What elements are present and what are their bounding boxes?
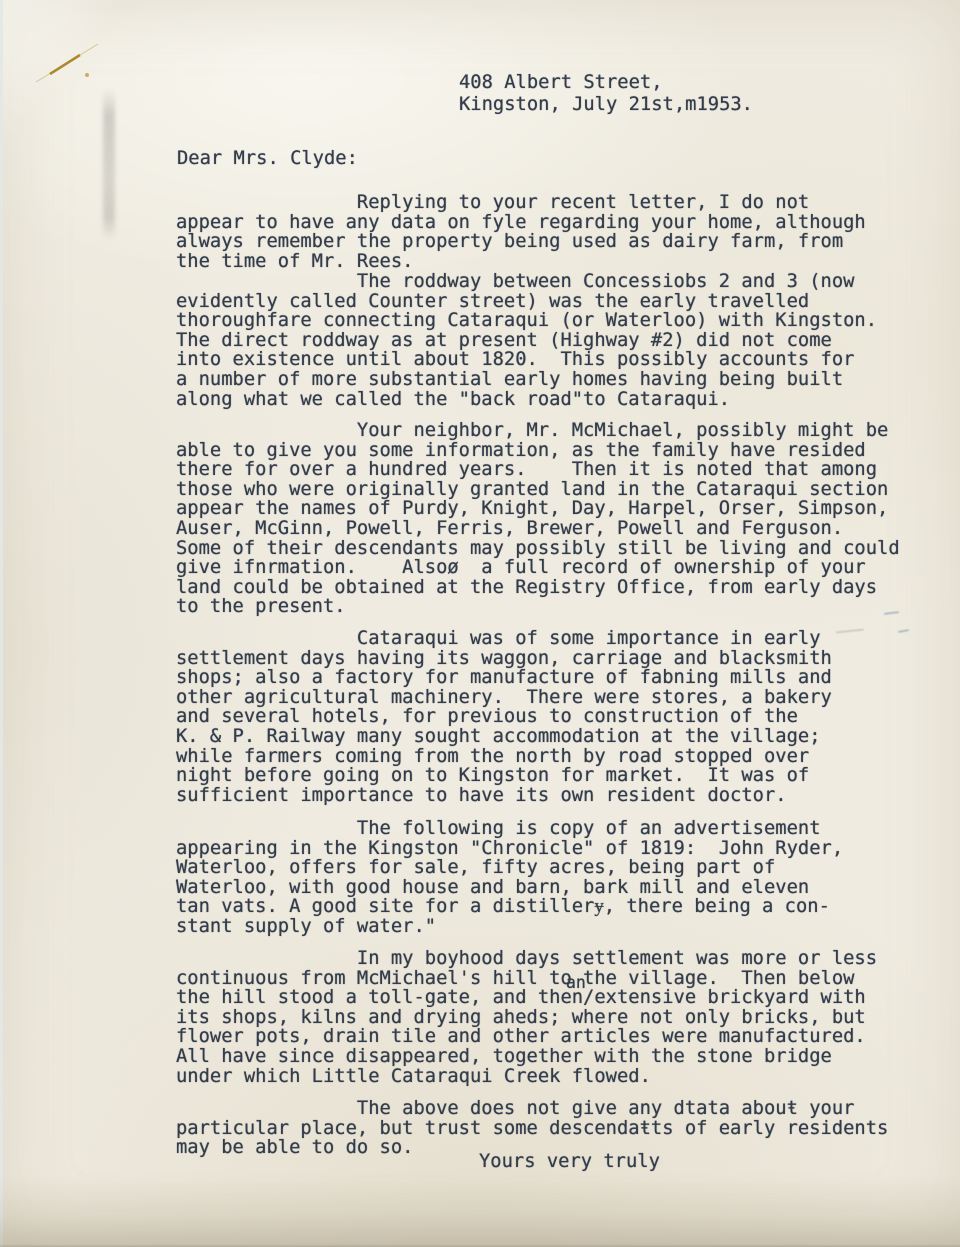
interline-insertion: an <box>566 975 586 991</box>
rust-stain <box>34 38 104 88</box>
paragraph-3: Your neighbor, Mr. McMichael, possibly m… <box>176 421 900 617</box>
smudge-mark <box>103 88 115 240</box>
scan-bottom-shadow <box>0 1175 960 1247</box>
paragraph-1: Replying to your recent letter, I do not… <box>176 193 866 271</box>
salutation: Dear Mrs. Clyde: <box>177 149 358 169</box>
scan-edge <box>0 0 3 1247</box>
paragraph-4: Cataraqui was of some importance in earl… <box>176 629 832 805</box>
crease-mark <box>836 629 864 633</box>
paragraph-2: The roddway between Concessiobs 2 and 3 … <box>176 272 877 409</box>
return-address: 408 Albert Street, Kingston, July 21st,m… <box>459 72 753 115</box>
paragraph-5: The following is copy of an advertisemen… <box>176 819 843 937</box>
pencil-dash <box>898 629 909 633</box>
paragraph-7: The above does not give any dtata abouŧ … <box>176 1099 888 1158</box>
paragraph-6: In my boyhood days settlement was more o… <box>176 949 877 1086</box>
letter-sheet: 408 Albert Street, Kingston, July 21st,m… <box>0 0 960 1247</box>
closing-line: Yours very truly <box>479 1152 660 1172</box>
